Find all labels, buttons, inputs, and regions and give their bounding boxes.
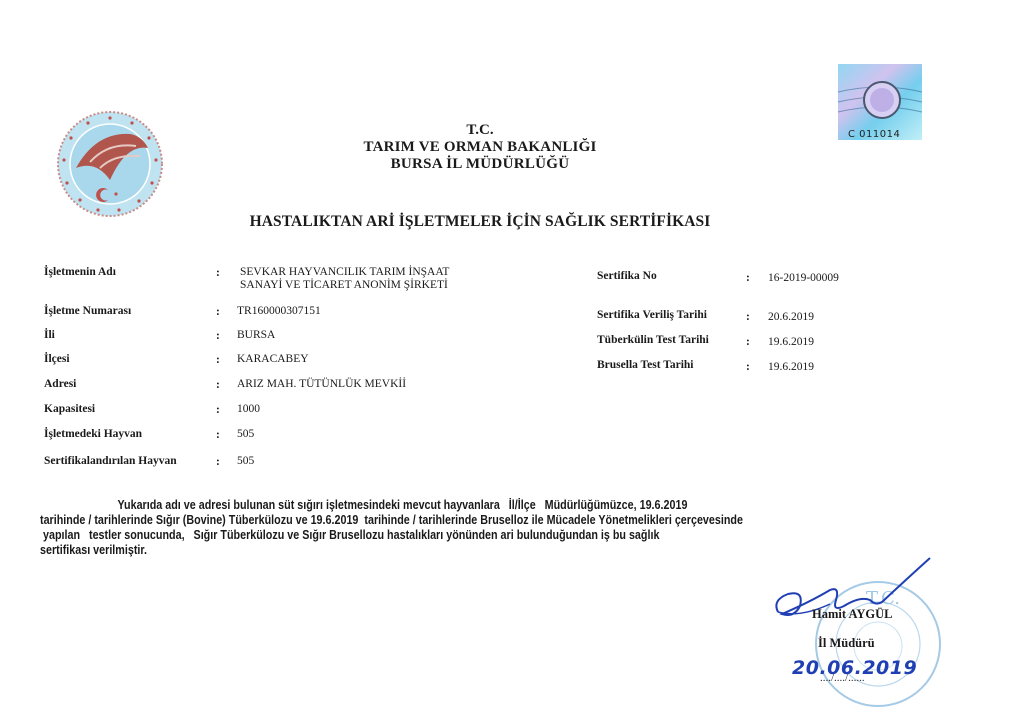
field-label-certificate-no: Sertifika No xyxy=(597,270,657,282)
field-colon: : xyxy=(216,404,220,416)
field-colon: : xyxy=(216,456,220,468)
certification-statement: Yukarıda adı ve adresi bulunan süt sığır… xyxy=(40,498,797,558)
field-value-capacity: 1000 xyxy=(237,403,260,416)
field-label-address: Adresi xyxy=(44,378,76,390)
field-colon: : xyxy=(216,379,220,391)
field-label-province: İli xyxy=(44,329,55,341)
field-value-business-name: SEVKAR HAYVANCILIK TARIM İNŞAAT SANAYİ V… xyxy=(240,266,449,292)
document-header: T.C. TARIM VE ORMAN BAKANLIĞI BURSA İL M… xyxy=(300,122,660,173)
signatory-title: İl Müdürü xyxy=(818,636,875,651)
field-colon: : xyxy=(216,306,220,318)
field-colon: : xyxy=(216,429,220,441)
field-label-issue-date: Sertifika Veriliş Tarihi xyxy=(597,309,707,321)
field-value-animals-on-site: 505 xyxy=(237,428,254,441)
date-placeholder: ..../..../...... xyxy=(820,672,865,684)
statement-line: Yukarıda adı ve adresi bulunan süt sığır… xyxy=(40,498,797,513)
field-value-address: ARIZ MAH. TÜTÜNLÜK MEVKİİ xyxy=(237,378,406,391)
field-label-business-number: İşletme Numarası xyxy=(44,305,131,317)
field-value-district: KARACABEY xyxy=(237,353,309,366)
certificate-title: HASTALIKTAN ARİ İŞLETMELER İÇİN SAĞLIK S… xyxy=(200,213,760,231)
business-name-line-2: SANAYİ VE TİCARET ANONİM ŞİRKETİ xyxy=(240,279,449,292)
field-colon: : xyxy=(216,267,220,279)
header-tc: T.C. xyxy=(300,122,660,139)
field-value-tuberculin-test-date: 19.6.2019 xyxy=(768,336,814,349)
ministry-emblem-icon xyxy=(56,110,164,218)
field-label-brucella-test-date: Brusella Test Tarihi xyxy=(597,359,694,371)
header-ministry: TARIM VE ORMAN BAKANLIĞI xyxy=(300,139,660,156)
field-value-issue-date: 20.6.2019 xyxy=(768,311,814,324)
field-label-certified-animals: Sertifikalandırılan Hayvan xyxy=(44,455,177,467)
field-colon: : xyxy=(216,354,220,366)
field-label-animals-on-site: İşletmedeki Hayvan xyxy=(44,428,142,440)
field-label-business-name: İşletmenin Adı xyxy=(44,266,116,278)
field-value-certified-animals: 505 xyxy=(237,455,254,468)
business-name-line-1: SEVKAR HAYVANCILIK TARIM İNŞAAT xyxy=(240,266,449,279)
field-colon: : xyxy=(746,311,750,323)
field-value-business-number: TR160000307151 xyxy=(237,305,321,318)
field-label-tuberculin-test-date: Tüberkülin Test Tarihi xyxy=(597,334,709,346)
hologram-seal: C 011014 xyxy=(836,62,926,144)
field-colon: : xyxy=(746,336,750,348)
field-value-certificate-no: 16-2019-00009 xyxy=(768,272,839,285)
field-value-brucella-test-date: 19.6.2019 xyxy=(768,361,814,374)
signatory-name: Hamit AYGÜL xyxy=(812,607,892,622)
statement-line: yapılan testler sonucunda, Sığır Tüberkü… xyxy=(40,528,797,543)
hologram-code: C 011014 xyxy=(848,129,900,140)
header-directorate: BURSA İL MÜDÜRLÜĞÜ xyxy=(300,156,660,173)
field-label-district: İlçesi xyxy=(44,353,70,365)
field-label-capacity: Kapasitesi xyxy=(44,403,95,415)
statement-line: sertifikası verilmiştir. xyxy=(40,543,797,558)
statement-line: tarihinde / tarihlerinde Sığır (Bovine) … xyxy=(40,513,797,528)
field-colon: : xyxy=(216,330,220,342)
field-colon: : xyxy=(746,361,750,373)
field-colon: : xyxy=(746,272,750,284)
signature-scribble-icon xyxy=(770,556,945,636)
field-value-province: BURSA xyxy=(237,329,275,342)
